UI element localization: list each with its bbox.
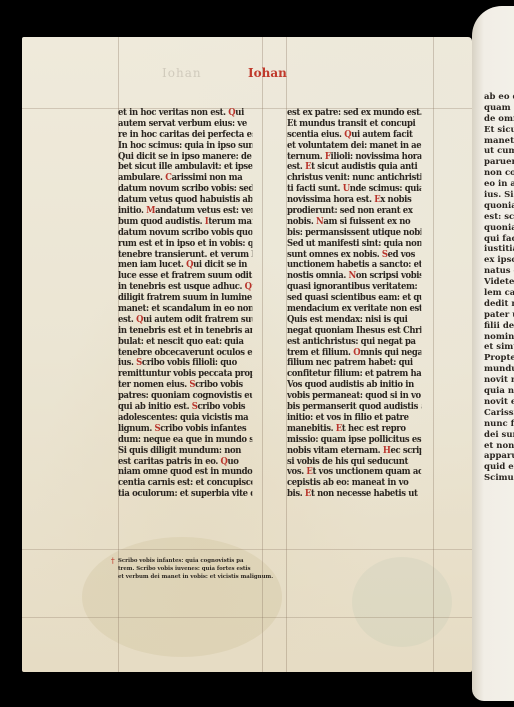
text-line: niam omne quod est in mundo concupis: [118, 467, 252, 478]
text-line: in tenebris est et in tenebris am: [118, 326, 252, 337]
text-line: christus venit: nunc antichristi mul: [287, 173, 421, 184]
facing-page-line: ut cum ap: [484, 146, 514, 157]
text-line: Vos quod audistis ab initio in: [287, 380, 421, 391]
rubricated-initial: Q: [228, 108, 235, 118]
text-line: patres: quoniam cognovistis eum: [118, 391, 252, 402]
text-line: et voluntatem dei: manet in ae: [287, 141, 421, 152]
facing-page-line: pater ut: [484, 310, 514, 321]
rubricated-initial: M: [146, 206, 155, 216]
text-line: nostis omnia. Non scripsi vobis: [287, 271, 421, 282]
text-line: cepistis ab eo: maneat in vo: [287, 478, 421, 489]
text-line: autem servat verbum eius: ve: [118, 119, 252, 130]
facing-page-line: apparuit: [484, 451, 514, 462]
facing-page-line: paruerit: [484, 157, 514, 168]
text-line: nobis vitam eternam. Hec scripsi: [287, 446, 421, 457]
text-line: manebitis. Et hec est repro: [287, 424, 421, 435]
text-line: in tenebris est usque adhuc. Qui: [118, 282, 252, 293]
facing-page-line: Et sicut: [484, 125, 514, 136]
facing-page-text: ab eo docetquam docet vosde omnibusEt si…: [484, 92, 514, 484]
facing-page-line: manete in eo.: [484, 136, 514, 147]
text-line: Qui dicit se in ipso manere: de: [118, 152, 252, 163]
text-line: manet: et scandalum in eo non: [118, 304, 252, 315]
text-line: tia oculorum: et superbia vite quem: [118, 489, 252, 500]
facing-page-line: mundus non: [484, 364, 514, 375]
facing-page-line: filii dei: [484, 321, 514, 332]
facing-page-line: quam docet vos: [484, 103, 514, 114]
facing-page-line: ius. Si scitis: [484, 190, 514, 201]
text-line: nobis. Nam si fuissent ex no: [287, 217, 421, 228]
text-line: diligit fratrem suum in lumine: [118, 293, 252, 304]
facing-page-line: nominemur: [484, 332, 514, 343]
text-line: Si quis diligit mundum: non: [118, 446, 252, 457]
ruling-line: [433, 37, 434, 672]
gloss-line: Scribo vobis infantes: quia cognovistis …: [118, 557, 268, 565]
text-line: datum novum scribo vobis quod ve: [118, 228, 252, 239]
marginal-gloss: † Scribo vobis infantes: quia cognovisti…: [118, 557, 268, 581]
text-line: est antichristus: qui negat pa: [287, 337, 421, 348]
running-head-title: Iohan: [248, 66, 287, 80]
text-line: est caritas patris in eo. Quo: [118, 457, 252, 468]
text-line: novissima hora est. Ex nobis: [287, 195, 421, 206]
text-line: est. Et sicut audistis quia anti: [287, 162, 421, 173]
text-line: dum: neque ea que in mundo sunt.: [118, 435, 252, 446]
text-line: remittuntur vobis peccata propter: [118, 369, 252, 380]
text-line: bet sicut ille ambulavit: et ipse: [118, 162, 252, 173]
text-line: lignum. Scribo vobis infantes: [118, 424, 252, 435]
text-line: tenebre transierunt. et verum lu: [118, 250, 252, 261]
gloss-line: trem. Scribo vobis iuvenes: quia fortes …: [118, 565, 268, 573]
text-line: Sed ut manifesti sint: quia non: [287, 239, 421, 250]
text-line: Quis est mendax: nisi is qui: [287, 315, 421, 326]
text-line: qui ab initio est. Scribo vobis: [118, 402, 252, 413]
text-line: re in hoc caritas dei perfecta est.: [118, 130, 252, 141]
rubricated-initial: Q: [344, 130, 351, 140]
rubricated-initial: Q: [186, 260, 193, 270]
text-line: bulat: et nescit quo eat: quia: [118, 337, 252, 348]
text-line: vos. Et vos unctionem quam ac: [287, 467, 421, 478]
text-line: negat quoniam Ihesus est Christus? Hic: [287, 326, 421, 337]
text-column-right: est ex patre: sed ex mundo est.Et mundus…: [287, 108, 433, 500]
text-line: initio: et vos in filio et patre: [287, 413, 421, 424]
text-line: mendacium ex veritate non est.: [287, 304, 421, 315]
facing-page-line: et simus.: [484, 342, 514, 353]
text-line: quasi ignorantibus veritatem:: [287, 282, 421, 293]
facing-page-line: iustitiam: [484, 244, 514, 255]
facing-page-line: ab eo docet: [484, 92, 514, 103]
text-column-left: et in hoc veritas non est. Quiautem serv…: [118, 108, 264, 500]
parchment-stain: [82, 537, 282, 657]
text-line: centia carnis est: et concupiscen: [118, 478, 252, 489]
text-line: bis permanserit quod audistis ab: [287, 402, 421, 413]
text-line: est ex patre: sed ex mundo est.: [287, 108, 421, 119]
rubricated-initial: Q: [220, 457, 227, 467]
text-line: missio: quam ipse pollicitus est: [287, 435, 421, 446]
text-line: confitetur filium: et patrem habet.: [287, 369, 421, 380]
facing-page-line: novit nos: [484, 375, 514, 386]
facing-page-line: qui facit: [484, 234, 514, 245]
text-line: bis. Et non necesse habetis ut: [287, 489, 421, 500]
text-line: datum vetus quod habuistis ab: [118, 195, 252, 206]
facing-page-line: Propter hoc: [484, 353, 514, 364]
text-line: Et mundus transit et concupi: [287, 119, 421, 130]
rubricated-initial: N: [349, 271, 356, 281]
text-line: sunt omnes ex nobis. Sed vos: [287, 250, 421, 261]
text-line: et in hoc veritas non est. Qui: [118, 108, 252, 119]
facing-page-line: et nondum: [484, 441, 514, 452]
insertion-mark-icon: †: [111, 557, 115, 565]
text-line: initio. Mandatum vetus est: ver: [118, 206, 252, 217]
facing-page-line: lem caritatem: [484, 288, 514, 299]
facing-page-line: novit eum.: [484, 397, 514, 408]
facing-page-line: quia non: [484, 386, 514, 397]
rubricated-initial: O: [353, 348, 360, 358]
text-line: sed quasi scientibus eam: et quia omne: [287, 293, 421, 304]
text-line: ter nomen eius. Scribo vobis: [118, 380, 252, 391]
facing-page-line: dei sumus: [484, 430, 514, 441]
text-line: bis: permansissent utique nobiscum.: [287, 228, 421, 239]
facing-page-line: quid erimus: [484, 462, 514, 473]
facing-page-line: Scimus quoniam: [484, 473, 514, 484]
text-line: prodierunt: sed non erant ex: [287, 206, 421, 217]
text-line: In hoc scimus: quia in ipso sumus.: [118, 141, 252, 152]
text-line: adolescentes: quia vicistis ma: [118, 413, 252, 424]
text-line: ti facti sunt. Unde scimus: quia: [287, 184, 421, 195]
running-head-showthrough: Iohan: [162, 66, 202, 80]
text-line: trem et filium. Omnis qui negat: [287, 348, 421, 359]
text-line: unctionem habetis a sancto: et: [287, 260, 421, 271]
facing-page-line: nunc filii: [484, 419, 514, 430]
text-line: si vobis de his qui seducunt: [287, 457, 421, 468]
text-line: bum quod audistis. Iterum man: [118, 217, 252, 228]
facing-page-line: est: scitis: [484, 212, 514, 223]
facing-page-line: Carissimi: [484, 408, 514, 419]
text-line: datum novum scribo vobis: sed ma: [118, 184, 252, 195]
facing-page-line: quoniam iustus: [484, 201, 514, 212]
text-line: tenebre obcecaverunt oculos e: [118, 348, 252, 359]
facing-page-line: quoniam et omnis: [484, 223, 514, 234]
gloss-line: et verbum dei manet in vobis: et vicisti…: [118, 573, 268, 581]
text-line: ambulare. Carissimi non ma: [118, 173, 252, 184]
text-line: men iam lucet. Qui dicit se in: [118, 260, 252, 271]
rubricated-initial: N: [316, 217, 323, 227]
facing-page-line: eo in adventu: [484, 179, 514, 190]
facing-page-line: Videte qua: [484, 277, 514, 288]
facing-page-line: dedit nobis: [484, 299, 514, 310]
text-line: est. Qui autem odit fratrem suum: [118, 315, 252, 326]
text-line: ius. Scribo vobis filioli: quo: [118, 358, 252, 369]
facing-page-line: de omnibus: [484, 114, 514, 125]
facing-page-line: ex ipso: [484, 255, 514, 266]
facing-page-line: natus est.: [484, 266, 514, 277]
ruling-line: [22, 617, 472, 618]
text-line: scentia eius. Qui autem facit: [287, 130, 421, 141]
ruling-line: [22, 549, 472, 550]
text-line: vobis permaneat: quod si in vo: [287, 391, 421, 402]
text-line: ternum. Filioli: novissima hora: [287, 152, 421, 163]
text-line: rum est et in ipso et in vobis: qe: [118, 239, 252, 250]
text-line: filium nec patrem habet: qui: [287, 358, 421, 369]
parchment-stain: [352, 557, 452, 647]
facing-page-line: non confun: [484, 168, 514, 179]
text-line: luce esse et fratrem suum odit:: [118, 271, 252, 282]
